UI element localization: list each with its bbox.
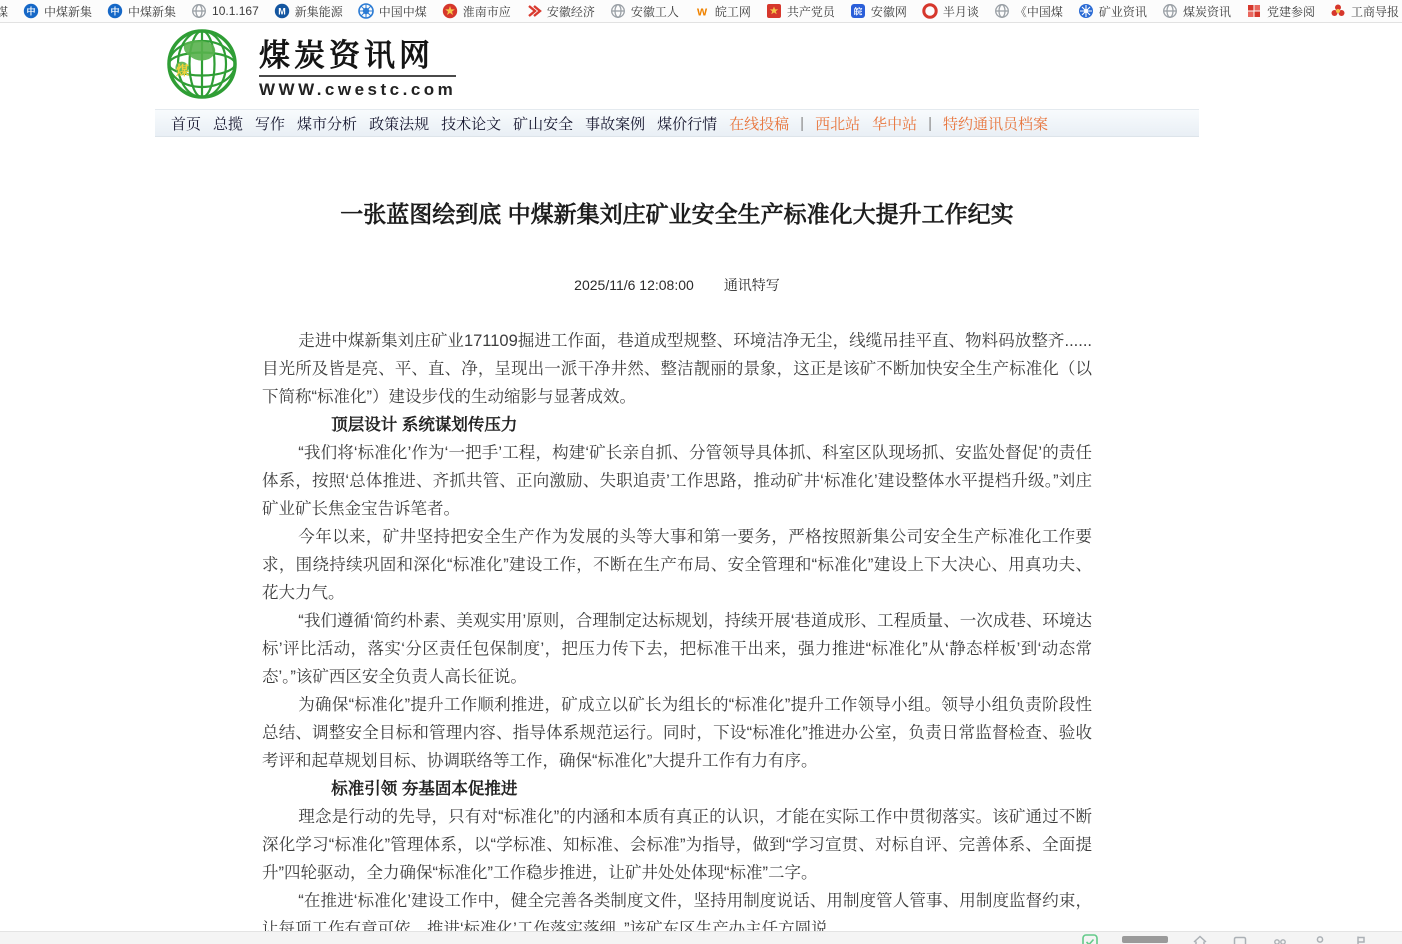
nav-item[interactable]: 总揽 [213, 113, 243, 134]
nav-item[interactable]: 煤市分析 [297, 113, 357, 134]
bookmark-label: 《中国煤 [1015, 3, 1063, 20]
svg-text:w: w [696, 4, 708, 19]
section-heading: 顶层设计 系统谋划传压力 [262, 411, 1092, 439]
nav-item[interactable]: 技术论文 [441, 113, 501, 134]
svg-text:M: M [278, 7, 286, 17]
site-header: 煤 煤炭资讯网 WWW.cwestc.com [155, 23, 1199, 107]
nav-item[interactable]: 在线投稿 [729, 113, 789, 134]
bottom-toolbar [0, 931, 1402, 944]
bookmark-item[interactable]: 党建参阅 [1246, 3, 1315, 20]
svg-text:中: 中 [27, 6, 36, 17]
bookmark-label: 中国中煤 [379, 3, 427, 20]
bookmark-item[interactable]: 安徽工人 [610, 3, 679, 20]
national-emblem-icon [442, 3, 458, 19]
globe-icon [994, 3, 1010, 19]
globe-icon [610, 3, 626, 19]
bookmark-label: 中煤新集 [128, 3, 176, 20]
bookmark-item[interactable]: 共产党员 [766, 3, 835, 20]
pin-icon[interactable] [1352, 934, 1368, 944]
window-icon[interactable] [1232, 934, 1248, 944]
bookmark-item[interactable]: 工商导报 [1330, 3, 1399, 20]
ring-icon [922, 3, 938, 19]
bookmark-item[interactable]: 煤 [0, 3, 8, 20]
bookmark-item[interactable]: 10.1.167 [191, 3, 259, 19]
globe-icon [1162, 3, 1178, 19]
site-logo-text[interactable]: 煤炭资讯网 WWW.cwestc.com [259, 39, 456, 100]
translate-badge-icon[interactable] [1082, 934, 1098, 944]
person-icon[interactable] [1312, 934, 1328, 944]
bookmark-label: 中煤新集 [44, 3, 92, 20]
article-category: 通讯特写 [724, 277, 780, 293]
bookmark-label: 安徽网 [871, 3, 907, 20]
toolbar-label [1122, 936, 1168, 943]
bookmark-label: 共产党员 [787, 3, 835, 20]
bookmark-label: 淮南市应 [463, 3, 511, 20]
mining-badge-icon [1078, 3, 1094, 19]
nav-item[interactable]: 政策法规 [369, 113, 429, 134]
bookmark-label: 党建参阅 [1267, 3, 1315, 20]
svg-text:中: 中 [111, 6, 120, 17]
bookmark-item[interactable]: 淮南市应 [442, 3, 511, 20]
bookmark-label: 新集能源 [295, 3, 343, 20]
nav-item[interactable]: 煤价行情 [657, 113, 717, 134]
bookmark-label: 矿业资讯 [1099, 3, 1147, 20]
grid-icon [1246, 3, 1262, 19]
article-paragraph: 走进中煤新集刘庄矿业171109掘进工作面，巷道成型规整、环境洁净无尘，线缆吊挂… [262, 327, 1092, 411]
main-nav: 首页总揽写作煤市分析政策法规技术论文矿山安全事故案例煤价行情在线投稿|西北站华中… [155, 109, 1199, 137]
wave-icon: w [694, 3, 710, 19]
bookmark-label: 皖工网 [715, 3, 751, 20]
bookmark-label: 工商导报 [1351, 3, 1399, 20]
bookmark-label: 安徽工人 [631, 3, 679, 20]
site-url: WWW.cwestc.com [259, 75, 456, 100]
bookmark-item[interactable]: w皖工网 [694, 3, 751, 20]
nav-item[interactable]: 首页 [171, 113, 201, 134]
nav-item[interactable]: 西北站 [815, 113, 860, 134]
article-paragraph: 今年以来，矿井坚持把安全生产作为发展的头等大事和第一要务，严格按照新集公司安全生… [262, 523, 1092, 607]
article-paragraph: 为确保“标准化”提升工作顺利推进，矿成立以矿长为组长的“标准化”提升工作领导小组… [262, 691, 1092, 775]
bookmark-label: 10.1.167 [212, 4, 259, 18]
nav-item[interactable]: 矿山安全 [513, 113, 573, 134]
nav-divider: | [928, 115, 932, 132]
site-title: 煤炭资讯网 [259, 39, 456, 73]
bookmark-item[interactable]: M新集能源 [274, 3, 343, 20]
globe-icon [191, 3, 207, 19]
article-title: 一张蓝图绘到底 中煤新集刘庄矿业安全生产标准化大提升工作纪实 [262, 199, 1092, 229]
bookmark-item[interactable]: 安徽经济 [526, 3, 595, 20]
dots-icon[interactable] [1272, 934, 1288, 944]
nav-item[interactable]: 写作 [255, 113, 285, 134]
bookmark-item[interactable]: 中中煤新集 [107, 3, 176, 20]
anhui-app-icon: 皖 [850, 3, 866, 19]
article-paragraph: “我们遵循‘简约朴素、美观实用’原则，合理制定达标规划，持续开展‘巷道成形、工程… [262, 607, 1092, 691]
bookmark-item[interactable]: 半月谈 [922, 3, 979, 20]
xinji-energy-logo-icon: M [274, 3, 290, 19]
zhongmei-xinji-logo-icon: 中 [107, 3, 123, 19]
page-content: 煤 煤炭资讯网 WWW.cwestc.com 首页总揽写作煤市分析政策法规技术论… [155, 23, 1199, 943]
site-logo-globe-icon[interactable]: 煤 [155, 27, 253, 101]
nav-item[interactable]: 事故案例 [585, 113, 645, 134]
zhongmei-xinji-logo-icon: 中 [23, 3, 39, 19]
svg-text:煤: 煤 [175, 63, 189, 78]
svg-text:皖: 皖 [854, 7, 863, 17]
party-flag-icon [766, 3, 782, 19]
bookmark-label: 煤 [0, 3, 8, 20]
bookmark-label: 半月谈 [943, 3, 979, 20]
chevrons-icon [526, 3, 542, 19]
bookmark-item[interactable]: 中国中煤 [358, 3, 427, 20]
section-heading: 标准引领 夯基固本促推进 [262, 775, 1092, 803]
article-meta: 2025/11/6 12:08:00通讯特写 [262, 275, 1092, 295]
article-paragraph: 理念是行动的先导，只有对“标准化”的内涵和本质有真正的认识，才能在实际工作中贯彻… [262, 803, 1092, 887]
article-body: 走进中煤新集刘庄矿业171109掘进工作面，巷道成型规整、环境洁净无尘，线缆吊挂… [262, 327, 1092, 943]
bookmark-item[interactable]: 中中煤新集 [23, 3, 92, 20]
bookmark-item[interactable]: 矿业资讯 [1078, 3, 1147, 20]
china-coal-emblem-icon [358, 3, 374, 19]
bookmark-item[interactable]: 《中国煤 [994, 3, 1063, 20]
article-date: 2025/11/6 12:08:00 [574, 277, 694, 293]
nav-item[interactable]: 华中站 [872, 113, 917, 134]
bookmark-item[interactable]: 皖安徽网 [850, 3, 907, 20]
bookmarks-list: 煤中中煤新集中中煤新集10.1.167M新集能源中国中煤淮南市应安徽经济安徽工人… [0, 3, 1402, 20]
nav-item[interactable]: 特约通讯员档案 [943, 113, 1048, 134]
bookmark-label: 安徽经济 [547, 3, 595, 20]
bookmark-item[interactable]: 煤炭资讯 [1162, 3, 1231, 20]
flower-icon [1330, 3, 1346, 19]
home-icon[interactable] [1192, 934, 1208, 944]
bookmark-label: 煤炭资讯 [1183, 3, 1231, 20]
nav-divider: | [800, 115, 804, 132]
bookmarks-bar: 煤中中煤新集中中煤新集10.1.167M新集能源中国中煤淮南市应安徽经济安徽工人… [0, 0, 1402, 23]
article: 一张蓝图绘到底 中煤新集刘庄矿业安全生产标准化大提升工作纪实 2025/11/6… [262, 137, 1092, 943]
article-paragraph: “我们将‘标准化’作为‘一把手’工程，构建‘矿长亲自抓、分管领导具体抓、科室区队… [262, 439, 1092, 523]
